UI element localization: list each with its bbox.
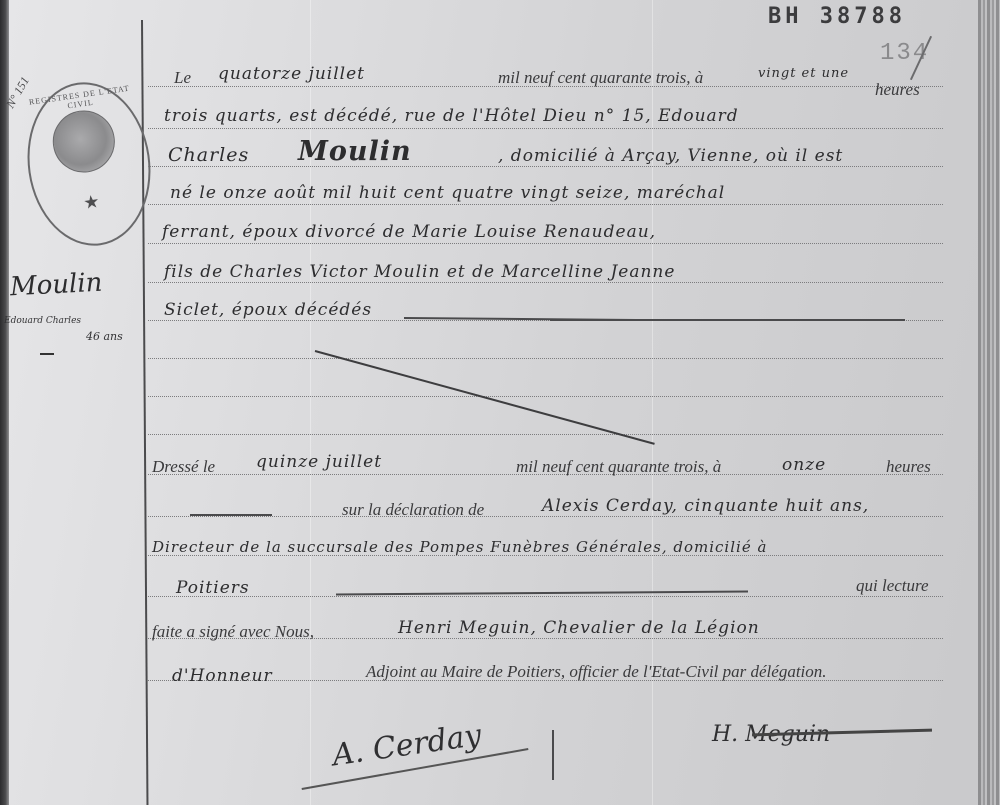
printed-officer-role: Adjoint au Maire de Poitiers, officier d…	[366, 662, 827, 682]
cancellation-stroke	[315, 350, 655, 445]
civil-death-record-page: BH 38788 134 N° 151 REGISTRES DE L'ETAT …	[0, 0, 1000, 805]
officer-name-cont: d'Honneur	[172, 666, 273, 686]
ruled-line	[148, 596, 943, 597]
blank-rule	[190, 514, 272, 516]
ruled-line	[148, 204, 943, 205]
printed-le: Le	[174, 68, 191, 88]
ruled-line	[148, 128, 943, 129]
civil-registry-seal: REGISTRES DE L'ETAT CIVIL ★	[17, 74, 161, 253]
record-surname: Moulin	[298, 136, 412, 167]
printed-heures-2: heures	[886, 457, 931, 477]
printed-year-2: mil neuf cent quarante trois, à	[516, 457, 721, 477]
declarant-name: Alexis Cerday, cinquante huit ans,	[542, 496, 869, 516]
margin-dash	[40, 353, 54, 355]
printed-year: mil neuf cent quarante trois, à	[498, 68, 703, 88]
record-line-5: ferrant, époux divorcé de Marie Louise R…	[162, 222, 656, 242]
ruled-line	[148, 434, 943, 435]
ruled-line	[148, 166, 943, 167]
printed-qui-lecture: qui lecture	[856, 576, 929, 596]
record-line-2: trois quarts, est décédé, rue de l'Hôtel…	[164, 106, 739, 126]
record-line-3: , domicilié à Arçay, Vienne, où il est	[498, 146, 843, 166]
margin-given-names: Edouard Charles	[4, 316, 81, 326]
signature-bracket	[552, 730, 554, 780]
printed-sur-la-declaration: sur la déclaration de	[342, 500, 484, 520]
printed-faite-a-signe: faite a signé avec Nous,	[152, 622, 314, 642]
page-stack-edge	[978, 0, 1000, 805]
marianne-medallion-icon	[49, 106, 119, 176]
printed-heures: heures	[875, 80, 920, 100]
ruled-line	[148, 396, 943, 397]
margin-surname: Moulin	[9, 268, 103, 303]
ruled-line	[148, 282, 943, 283]
closing-rule-2	[336, 591, 748, 596]
ruled-line	[148, 516, 943, 517]
officer-name: Henri Meguin, Chevalier de la Légion	[398, 618, 760, 638]
margin-age: 46 ans	[86, 330, 123, 343]
register-id-stamp: BH 38788	[768, 4, 906, 29]
star-icon: ★	[82, 191, 101, 214]
declarant-role: Directeur de la succursale des Pompes Fu…	[152, 538, 767, 556]
record-line-4: né le onze août mil huit cent quatre vin…	[170, 183, 725, 203]
record-given-name: Charles	[168, 144, 249, 166]
binding-edge	[0, 0, 9, 805]
record-line-6: fils de Charles Victor Moulin et de Marc…	[164, 262, 675, 282]
ruled-line	[148, 358, 943, 359]
declarant-city: Poitiers	[176, 578, 250, 598]
closing-rule	[550, 319, 905, 321]
death-date: quatorze juillet	[218, 64, 365, 84]
declaration-hour: onze	[782, 455, 826, 475]
ruled-line	[148, 243, 943, 244]
printed-dresse-le: Dressé le	[152, 457, 215, 477]
death-hour: vingt et une	[758, 66, 849, 81]
declarant-signature: A. Cerday	[330, 718, 483, 774]
declaration-date: quinze juillet	[256, 452, 382, 472]
record-line-7: Siclet, époux décédés	[164, 300, 372, 320]
